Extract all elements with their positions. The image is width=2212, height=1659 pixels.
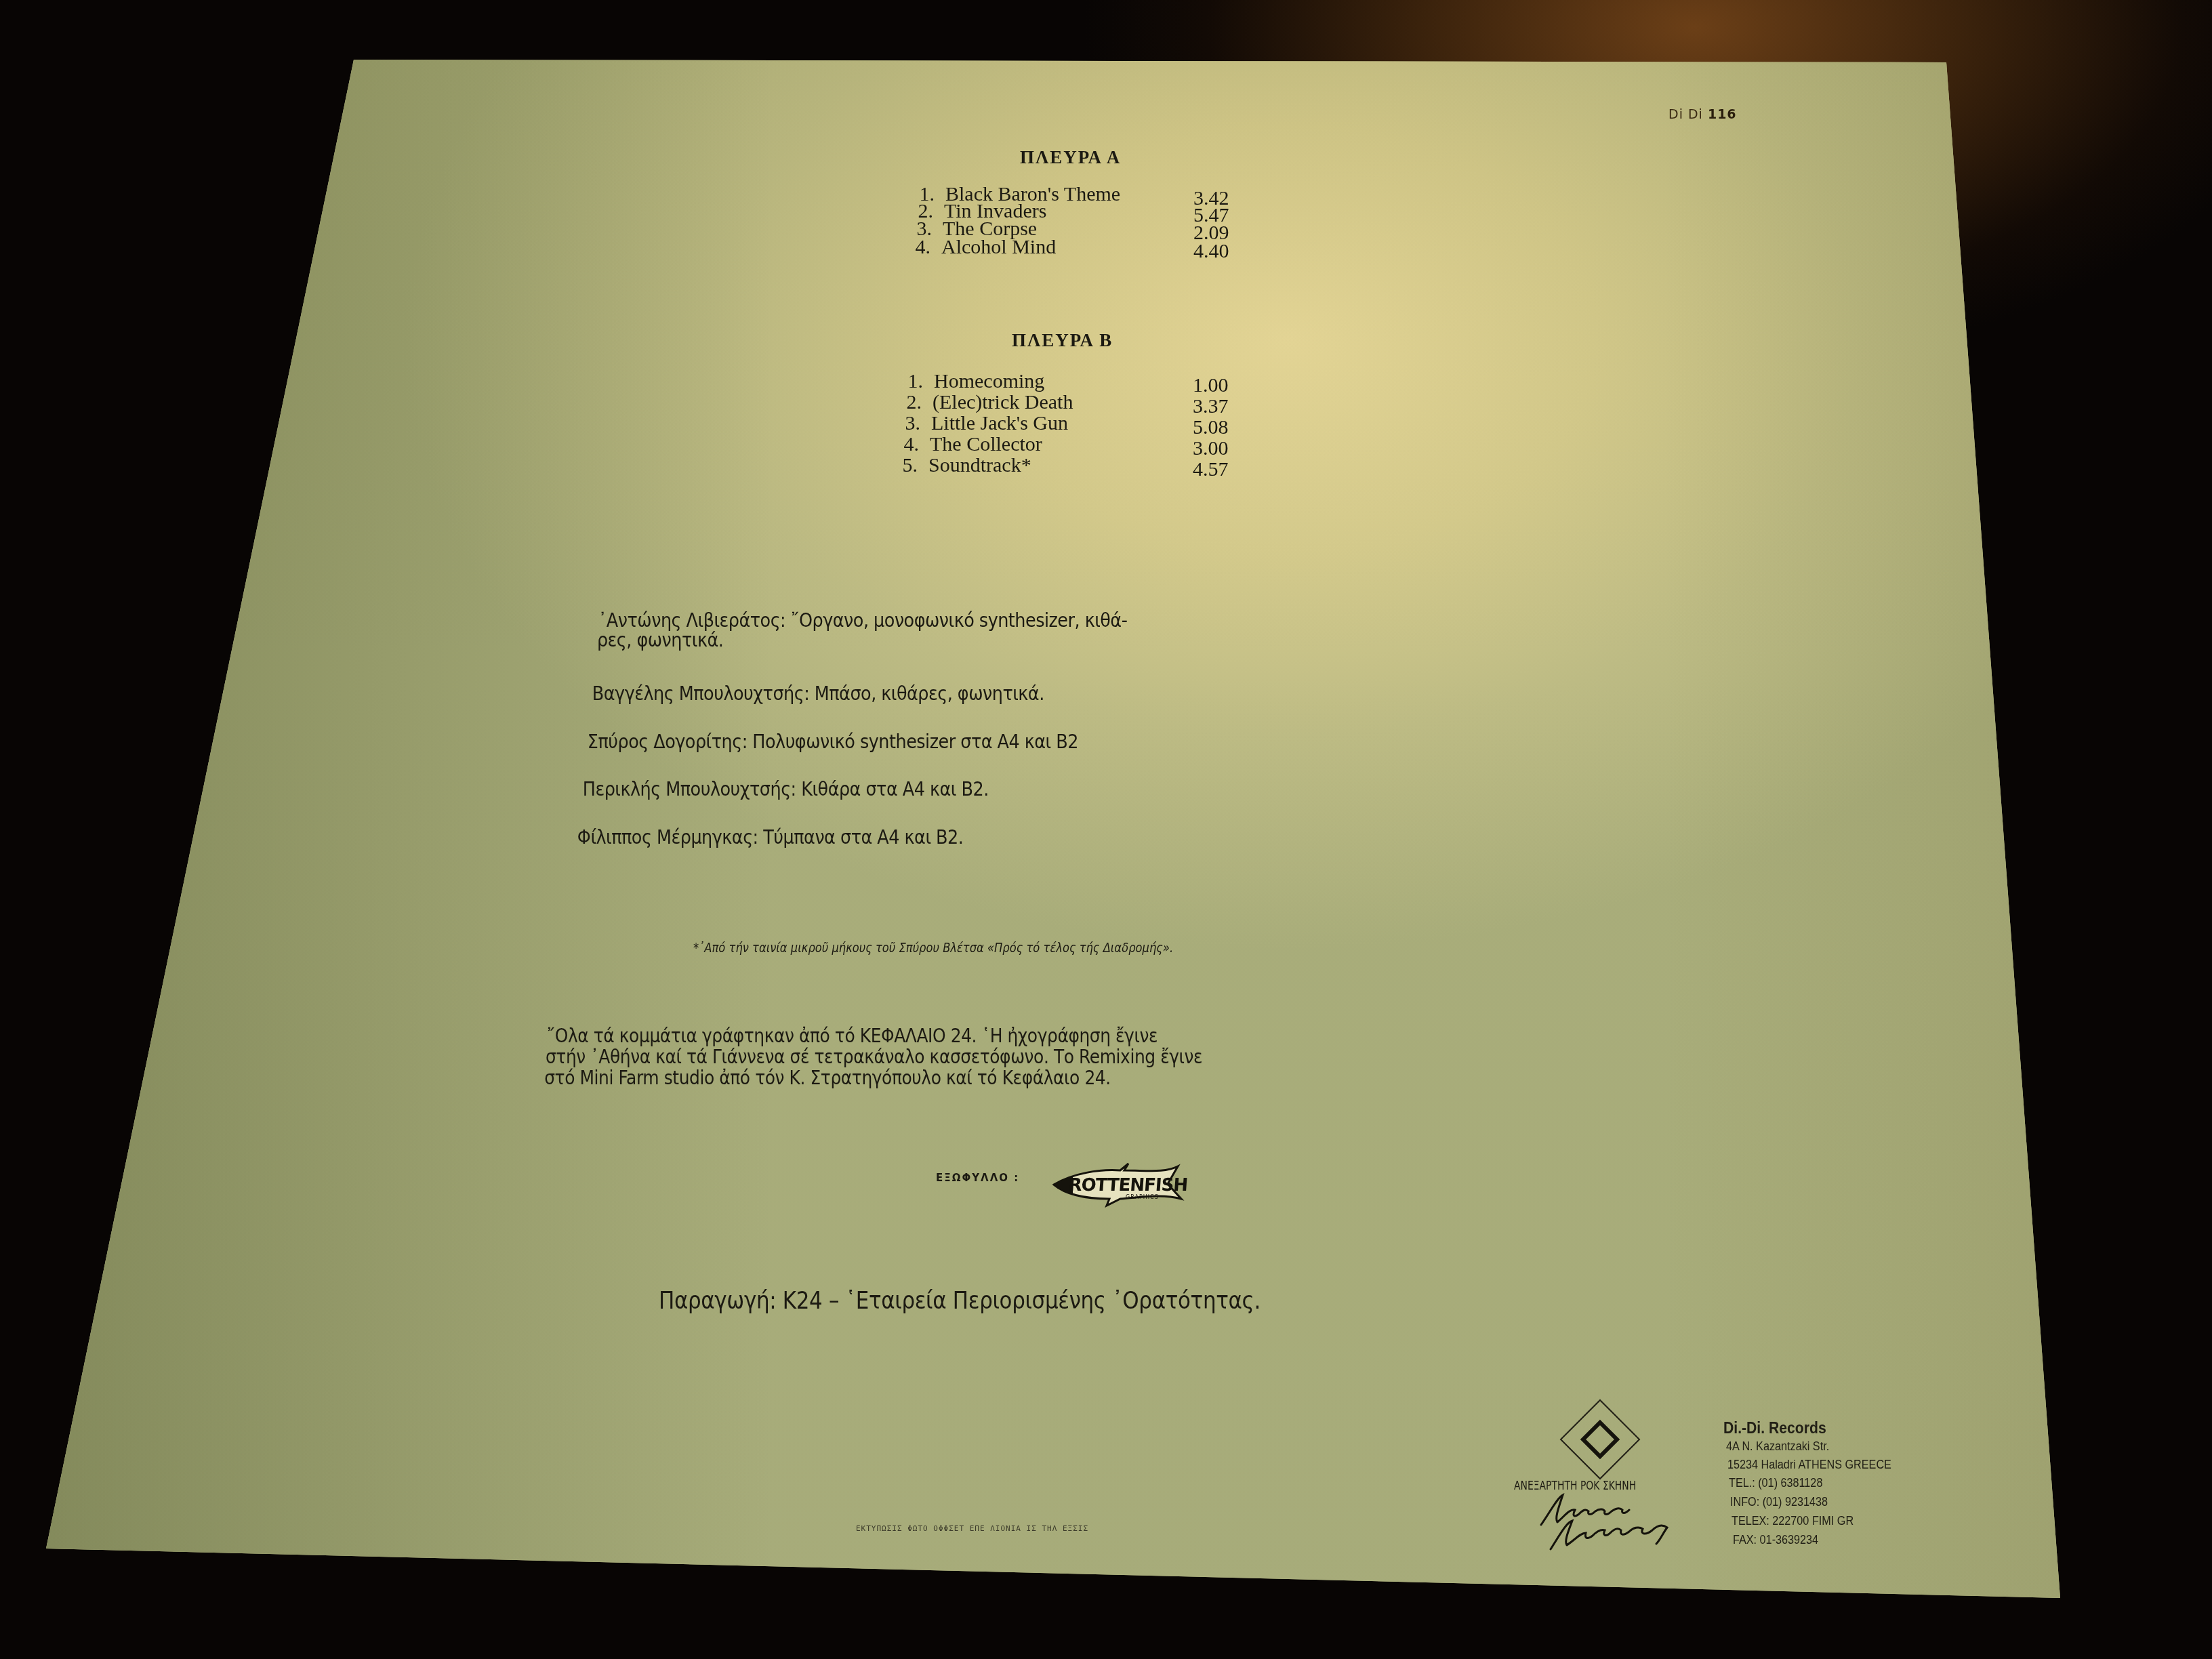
track-duration: 3.00	[1193, 438, 1229, 458]
cover-credit-label: ΕΞΩΦΥΛΛΟ :	[936, 1172, 1019, 1184]
track-duration: 4.57	[1193, 459, 1229, 479]
label-phone: TEL.: (01) 6381128	[1729, 1476, 1822, 1490]
label-name: Di.-Di. Records	[1723, 1419, 1826, 1437]
credit-line: Σπύρος Δογορίτης: Πολυφωνικό synthesizer…	[588, 730, 1078, 753]
sleeve-content: Di Di 116 ΠΛΕΥΡΑ Α 1.Black Baron's Theme…	[0, 0, 2212, 1659]
track-duration: 1.00	[1193, 375, 1229, 395]
printer-credit: ΕΚΤΥΠΩΣΙΣ ΦΩΤΟ ΟΦΦΣΕΤ ΕΠΕ ΛΙΟΝΙΑ ΙΣ ΤΗΛ …	[856, 1524, 1088, 1533]
track-duration: 5.08	[1193, 417, 1229, 437]
catalog-prefix: Di Di	[1668, 107, 1703, 122]
credit-line: Βαγγέλης Μπουλουχτσής: Μπάσο, κιθάρες, φ…	[592, 682, 1044, 705]
diamond-icon	[1559, 1398, 1641, 1481]
soundtrack-footnote: *᾽Από τήν ταινία μικροῦ μήκους τοῦ Σπύρο…	[693, 941, 1173, 956]
rottenfish-logo: ROTTENFISH GRAPHICS	[1052, 1161, 1188, 1212]
notes-line: στό Mini Farm studio ἀπό τόν Κ. Στρατηγό…	[544, 1066, 1111, 1089]
credit-line: Φίλιππος Μέρμηγκας: Τύμπανα στα Α4 και Β…	[577, 825, 964, 848]
track-row: 1.Homecoming 1.00	[893, 371, 1044, 391]
track-number: 2.	[892, 392, 922, 412]
notes-line: ῎Ολα τά κομμάτια γράφτηκαν ἀπό τό ΚΕΦΑΛΑ…	[547, 1024, 1158, 1047]
track-number: 4.	[889, 434, 919, 454]
track-title: (Elec)trick Death	[933, 391, 1073, 413]
label-telex: TELEX: 222700 FIMI GR	[1732, 1514, 1853, 1528]
production-credit: Παραγωγή: Κ24 – ῾Εταιρεία Περιορισμένης …	[659, 1287, 1261, 1315]
logo-subtext: GRAPHICS	[1126, 1194, 1159, 1200]
track-number: 3.	[890, 413, 920, 433]
label-address-line: 15234 Haladri ATHENS GREECE	[1727, 1458, 1891, 1472]
track-row: 2.(Elec)trick Death 3.37	[892, 392, 1073, 412]
track-row: 4.The Collector 3.00	[889, 434, 1042, 454]
track-row: 4.Alcohol Mind 4.40	[901, 237, 1056, 257]
label-logo	[1559, 1398, 1641, 1484]
track-number: 5.	[888, 455, 918, 475]
credit-line: Περικλής Μπουλουχτσής: Κιθάρα στα Α4 και…	[583, 777, 989, 800]
track-row: 5.Soundtrack* 4.57	[888, 455, 1031, 475]
track-number: 1.	[893, 371, 923, 391]
catalog-id: 116	[1708, 107, 1737, 122]
track-title: Homecoming	[934, 370, 1044, 392]
side-a-title: ΠΛΕΥΡΑ Α	[1020, 147, 1121, 168]
signature-logo: Διαλειμμα Διάβασης	[1537, 1491, 1673, 1555]
track-row: 3.Little Jack's Gun 5.08	[890, 413, 1068, 433]
label-fax: FAX: 01-3639234	[1733, 1533, 1818, 1547]
notes-line: στήν ᾽Αθήνα καί τά Γιάννενα σέ τετρακάνα…	[546, 1045, 1202, 1068]
track-title: Soundtrack*	[928, 454, 1031, 476]
side-b-title: ΠΛΕΥΡΑ Β	[1012, 330, 1113, 351]
fish-icon: ROTTENFISH GRAPHICS	[1052, 1161, 1188, 1208]
credit-line: ρες, φωνητικά.	[597, 628, 723, 651]
signature-icon: Διαλειμμα Διάβασης	[1537, 1491, 1673, 1552]
track-title: Alcohol Mind	[941, 236, 1056, 258]
catalog-number: Di Di 116	[1668, 107, 1737, 122]
track-title: Little Jack's Gun	[931, 412, 1068, 434]
label-address-line: 4A N. Kazantzaki Str.	[1726, 1439, 1829, 1454]
track-title: The Collector	[930, 433, 1042, 455]
track-duration: 3.37	[1193, 396, 1229, 416]
track-duration: 4.40	[1193, 241, 1229, 261]
logo-text: ROTTENFISH	[1067, 1175, 1188, 1195]
label-info-phone: INFO: (01) 9231438	[1730, 1495, 1828, 1509]
track-number: 4.	[901, 237, 930, 257]
